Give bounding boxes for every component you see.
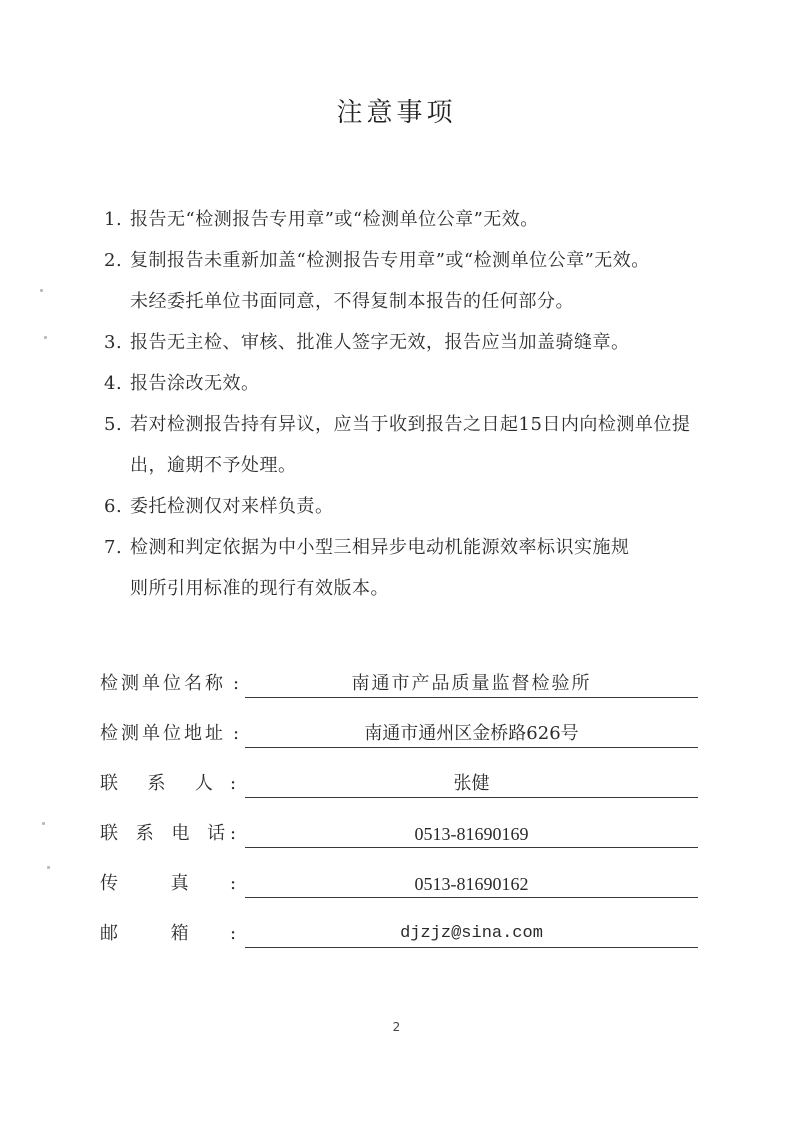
notice-text: 报告无主检、审核、批准人签字无效，报告应当加盖骑缝章。	[130, 332, 630, 353]
notice-number: 4.	[104, 369, 130, 399]
info-row-unit-name: 检测单位名称 : 南通市产品质量监督检验所	[100, 668, 700, 718]
notice-item-5: 5.若对检测报告持有异议，应当于收到报告之日起15日内向检测单位提	[104, 410, 724, 451]
unit-address-label: 检测单位地址	[100, 718, 245, 750]
notice-item-7-continued: 则所引用标准的现行有效版本。	[104, 574, 724, 615]
fax-value: 0513-81690162	[245, 868, 698, 898]
contact-person-label: 联 系 人	[100, 768, 245, 800]
scan-speck	[42, 822, 45, 825]
notice-item-1: 1.报告无“检测报告专用章”或“检测单位公章”无效。	[104, 205, 724, 246]
info-row-fax: 传 真 : 0513-81690162	[100, 868, 700, 918]
notice-item-3: 3.报告无主检、审核、批准人签字无效，报告应当加盖骑缝章。	[104, 328, 724, 369]
unit-address-colon: :	[233, 718, 239, 750]
notice-item-4: 4.报告涂改无效。	[104, 369, 724, 410]
notice-text: 出，逾期不予处理。	[130, 455, 297, 476]
notice-text: 检测和判定依据为中小型三相异步电动机能源效率标识实施规	[130, 537, 630, 558]
notice-text: 报告无“检测报告专用章”或“检测单位公章”无效。	[130, 209, 539, 230]
unit-address-value: 南通市通州区金桥路626号	[245, 718, 698, 748]
notice-item-7: 7.检测和判定依据为中小型三相异步电动机能源效率标识实施规	[104, 533, 724, 574]
contact-phone-colon: :	[230, 818, 236, 850]
notice-item-6: 6.委托检测仅对来样负责。	[104, 492, 724, 533]
fax-colon: :	[230, 868, 236, 900]
notice-text: 报告涂改无效。	[130, 373, 260, 394]
info-row-contact-person: 联 系 人 : 张健	[100, 768, 700, 818]
notice-number: 3.	[104, 328, 130, 358]
contact-person-colon: :	[230, 768, 236, 800]
fax-label: 传 真	[100, 868, 245, 900]
notice-number: 5.	[104, 410, 130, 440]
notice-text: 若对检测报告持有异议，应当于收到报告之日起15日内向检测单位提	[130, 414, 690, 435]
notice-list: 1.报告无“检测报告专用章”或“检测单位公章”无效。 2.复制报告未重新加盖“检…	[104, 205, 724, 615]
unit-name-colon: :	[233, 668, 239, 700]
page-number: 2	[0, 1020, 793, 1034]
scan-speck	[40, 289, 43, 292]
notice-text: 则所引用标准的现行有效版本。	[130, 578, 389, 599]
contact-info-block: 检测单位名称 : 南通市产品质量监督检验所 检测单位地址 : 南通市通州区金桥路…	[100, 668, 700, 968]
contact-person-value: 张健	[245, 768, 698, 798]
email-label: 邮 箱	[100, 918, 245, 950]
scan-speck	[47, 866, 50, 869]
notice-item-5-continued: 出，逾期不予处理。	[104, 451, 724, 492]
notice-item-2: 2.复制报告未重新加盖“检测报告专用章”或“检测单位公章”无效。	[104, 246, 724, 287]
notice-number: 7.	[104, 533, 130, 563]
notice-text: 未经委托单位书面同意，不得复制本报告的任何部分。	[130, 291, 574, 312]
info-row-email: 邮 箱 : djzjz@sina.com	[100, 918, 700, 968]
page-title: 注意事项	[0, 92, 793, 129]
unit-name-value: 南通市产品质量监督检验所	[245, 668, 698, 698]
scan-speck	[44, 336, 47, 339]
notice-number: 1.	[104, 205, 130, 235]
notice-text: 委托检测仅对来样负责。	[130, 496, 334, 517]
notice-number: 2.	[104, 246, 130, 276]
notice-item-2-continued: 未经委托单位书面同意，不得复制本报告的任何部分。	[104, 287, 724, 328]
email-colon: :	[230, 918, 236, 950]
notice-text: 复制报告未重新加盖“检测报告专用章”或“检测单位公章”无效。	[130, 250, 650, 271]
contact-phone-label: 联 系 电 话	[100, 818, 245, 850]
contact-phone-value: 0513-81690169	[245, 818, 698, 848]
notice-number: 6.	[104, 492, 130, 522]
unit-name-label: 检测单位名称	[100, 668, 245, 700]
info-row-unit-address: 检测单位地址 : 南通市通州区金桥路626号	[100, 718, 700, 768]
email-value: djzjz@sina.com	[245, 918, 698, 948]
info-row-contact-phone: 联 系 电 话 : 0513-81690169	[100, 818, 700, 868]
